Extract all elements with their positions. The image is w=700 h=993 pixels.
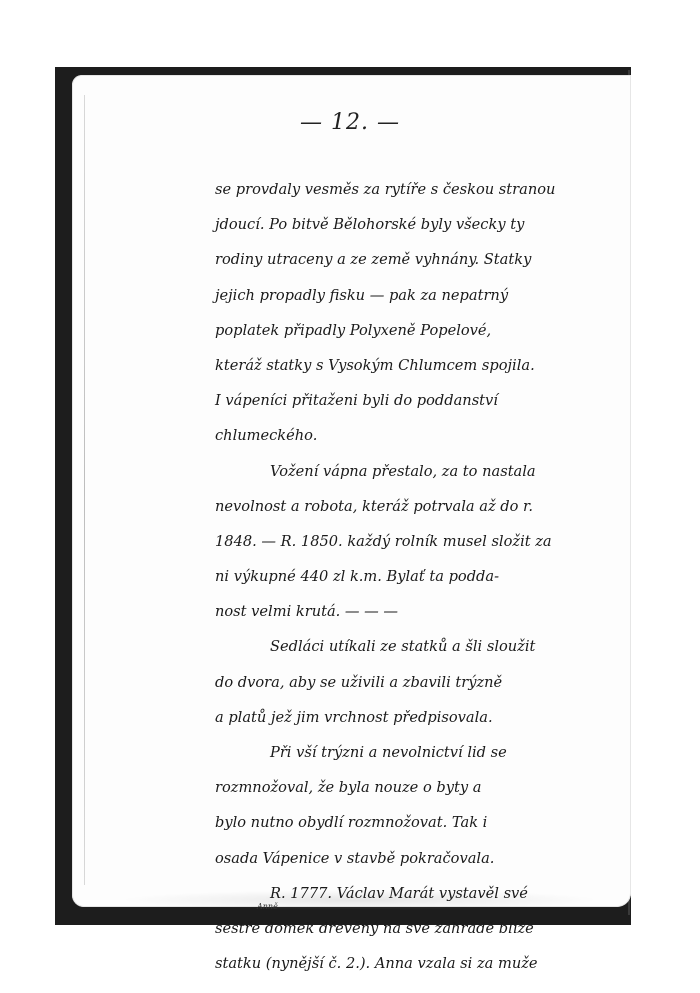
page-number: — 12. —	[0, 110, 700, 135]
text-line: do dvora, aby se uživili a zbavili trýzn…	[215, 665, 595, 700]
text-line: osada Vápenice v stavbě pokračovala.	[215, 841, 595, 876]
text-line-content: jejich propadly fisku — pak za nepatrný	[215, 287, 508, 304]
text-line: a platů jež jim vrchnost předpisovala.	[215, 700, 595, 735]
text-line-content: bylo nutno obydlí rozmnožovat. Tak i	[215, 814, 487, 831]
text-line-content: sestře domek dřevěný na své zahradě blíž…	[215, 920, 534, 937]
text-line-content: Při vší trýzni a nevolnictví lid se	[270, 744, 507, 761]
text-line: Při vší trýzni a nevolnictví lid se	[215, 735, 595, 770]
text-line: Vožení vápna přestalo, za to nastala	[215, 454, 595, 489]
text-line: rozmnožoval, že byla nouze o byty a	[215, 770, 595, 805]
text-line: jejich propadly fisku — pak za nepatrný	[215, 278, 595, 313]
text-line: nevolnost a robota, kteráž potrvala až d…	[215, 489, 595, 524]
text-line-content: I vápeníci přitaženi byli do poddanství	[215, 392, 498, 409]
text-line: 1848. — R. 1850. každý rolník musel slož…	[215, 524, 595, 559]
text-line: jdoucí. Po bitvě Bělohorské byly všecky …	[215, 207, 595, 242]
text-line: rodiny utraceny a ze země vyhnány. Statk…	[215, 242, 595, 277]
gutter-line	[84, 95, 85, 885]
text-line-content: ni výkupné 440 zl k.m. Bylať ta podda-	[215, 568, 499, 585]
text-line: Sedláci utíkali ze statků a šli sloužit	[215, 629, 595, 664]
text-line: se provdaly vesměs za rytíře s českou st…	[215, 172, 595, 207]
text-line-content: a platů jež jim vrchnost předpisovala.	[215, 709, 493, 726]
text-line-content: R. 1777. Václav Marát vystavěl své	[270, 885, 528, 902]
text-line-content: do dvora, aby se uživili a zbavili trýzn…	[215, 674, 502, 691]
text-line-content: 1848. — R. 1850. každý rolník musel slož…	[215, 533, 552, 550]
handwritten-text-block: se provdaly vesměs za rytíře s českou st…	[215, 172, 595, 981]
text-line-content: poplatek připadly Polyxeně Popelové,	[215, 322, 491, 339]
text-line-content: Sedláci utíkali ze statků a šli sloužit	[270, 638, 535, 655]
text-line-content: rodiny utraceny a ze země vyhnány. Statk…	[215, 251, 531, 268]
text-line-content: rozmnožoval, že byla nouze o byty a	[215, 779, 481, 796]
text-line: ni výkupné 440 zl k.m. Bylať ta podda-	[215, 559, 595, 594]
text-line: chlumeckého.	[215, 418, 595, 453]
text-line-content: kteráž statky s Vysokým Chlumcem spojila…	[215, 357, 535, 374]
text-line-content: osada Vápenice v stavbě pokračovala.	[215, 850, 494, 867]
text-line-content: chlumeckého.	[215, 427, 317, 444]
text-line-content: se provdaly vesměs za rytíře s českou st…	[215, 181, 555, 198]
text-line: nost velmi krutá. — — —	[215, 594, 595, 629]
text-line: kteráž statky s Vysokým Chlumcem spojila…	[215, 348, 595, 383]
text-line: poplatek připadly Polyxeně Popelové,	[215, 313, 595, 348]
text-line: I vápeníci přitaženi byli do poddanství	[215, 383, 595, 418]
text-line-content: nevolnost a robota, kteráž potrvala až d…	[215, 498, 533, 515]
right-margin	[631, 67, 651, 927]
text-line: statku (nynější č. 2.). Anna vzala si za…	[215, 946, 595, 981]
text-line: bylo nutno obydlí rozmnožovat. Tak i	[215, 805, 595, 840]
text-line-content: jdoucí. Po bitvě Bělohorské byly všecky …	[215, 216, 524, 233]
text-line-content: nost velmi krutá. — — —	[215, 603, 398, 620]
text-line-content: statku (nynější č. 2.). Anna vzala si za…	[215, 955, 538, 972]
interlinear-insertion: Anně	[257, 902, 278, 912]
text-line-content: Vožení vápna přestalo, za to nastala	[270, 463, 536, 480]
text-line: sestře domek dřevěný na své zahradě blíž…	[215, 911, 595, 946]
